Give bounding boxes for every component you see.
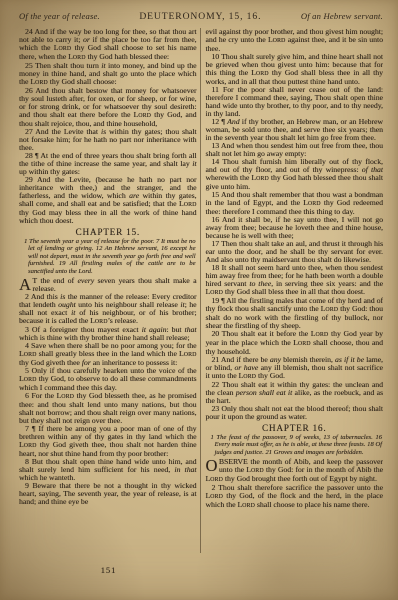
verse-paragraph: 17 Then thou shalt take an aul, and thru… <box>205 240 383 264</box>
running-head-left: Of the year of release. <box>19 11 100 21</box>
verse-paragraph: 27 And the Levite that is within thy gat… <box>19 128 197 152</box>
verse-paragraph: 4 Save when there shall be no poor among… <box>19 342 197 367</box>
right-column: evil against thy poor brother, and thou … <box>205 28 383 558</box>
left-column: 24 And if the way be too long for thee, … <box>19 28 197 558</box>
chapter-summary: 1 The feast of the passover, 9 of weeks,… <box>214 434 382 456</box>
chapter-summary: 1 The seventh year a year of release for… <box>28 238 196 275</box>
verse-paragraph: 29 And the Levite, (because he hath no p… <box>19 176 197 225</box>
verse-paragraph: evil against thy poor brother, and thou … <box>205 28 383 53</box>
column-gap <box>197 28 206 558</box>
verse-paragraph: 21 And if there be any blemish therein, … <box>205 356 383 381</box>
chapter-heading: CHAPTER 15. <box>19 228 197 236</box>
verse-paragraph: 16 And it shall be, if he say unto thee,… <box>205 216 383 240</box>
bible-page: Of the year of release. DEUTERONOMY, 15,… <box>0 0 398 600</box>
chapter-heading: CHAPTER 16. <box>205 424 383 432</box>
verse-paragraph: 5 Only if thou carefully hearken unto th… <box>19 367 197 392</box>
verse-paragraph: 13 And when thou sendest him out free fr… <box>205 142 383 158</box>
verse-paragraph: 2 And this is the manner of the release:… <box>19 293 197 326</box>
verse-paragraph: 12 ¶ And if thy brother, an Hebrew man, … <box>205 118 383 142</box>
drop-cap: O <box>205 458 218 473</box>
verse-paragraph: 2 Thou shalt therefore sacrifice the pas… <box>205 484 383 510</box>
column-divider-rule <box>200 28 201 553</box>
running-header: Of the year of release. DEUTERONOMY, 15,… <box>19 11 383 22</box>
verse-paragraph: 6 For the LORD thy God blesseth thee, as… <box>19 392 197 425</box>
verse-paragraph: 25 Then shalt thou turn it into money, a… <box>19 62 197 87</box>
verse-paragraph: 7 ¶ If there be among you a poor man of … <box>19 425 197 458</box>
verse-paragraph: 11 For the poor shall never cease out of… <box>205 86 383 118</box>
verse-paragraph: 23 Only thou shalt not eat the blood the… <box>205 405 383 421</box>
verse-paragraph: 28 ¶ At the end of three years thou shal… <box>19 152 197 176</box>
verse-paragraph: 24 And if the way be too long for thee, … <box>19 28 197 62</box>
text-columns: 24 And if the way be too long for thee, … <box>19 28 383 558</box>
verse-paragraph: 9 Beware that there be not a thought in … <box>19 482 197 506</box>
page-number: 151 <box>19 566 198 575</box>
book-chapter-title: DEUTERONOMY, 15, 16. <box>139 11 261 22</box>
verse-paragraph: 10 Thou shalt surely give him, and thine… <box>205 53 383 86</box>
verse-paragraph: 26 And thou shalt bestow that money for … <box>19 87 197 128</box>
running-head-right: Of an Hebrew servant. <box>301 11 383 21</box>
drop-cap: A <box>19 277 32 292</box>
verse-paragraph: 18 It shall not seem hard unto thee, whe… <box>205 264 383 297</box>
verse-paragraph: AT the end of every seven years thou sha… <box>19 277 197 293</box>
verse-paragraph: 20 Thou shalt eat it before the LORD thy… <box>205 330 383 356</box>
verse-paragraph: 14 Thou shalt furnish him liberally out … <box>205 158 383 191</box>
verse-paragraph: 22 Thou shalt eat it within thy gates: t… <box>205 381 383 405</box>
verse-paragraph: 19 ¶ All the firstling males that come o… <box>205 297 383 330</box>
verse-paragraph: 15 And thou shalt remember that thou was… <box>205 191 383 216</box>
verse-paragraph: OBSERVE the month of Abib, and keep the … <box>205 458 383 484</box>
verse-paragraph: 8 But thou shalt open thine hand wide un… <box>19 458 197 482</box>
verse-paragraph: 3 Of a foreigner thou mayest exact it ag… <box>19 326 197 342</box>
